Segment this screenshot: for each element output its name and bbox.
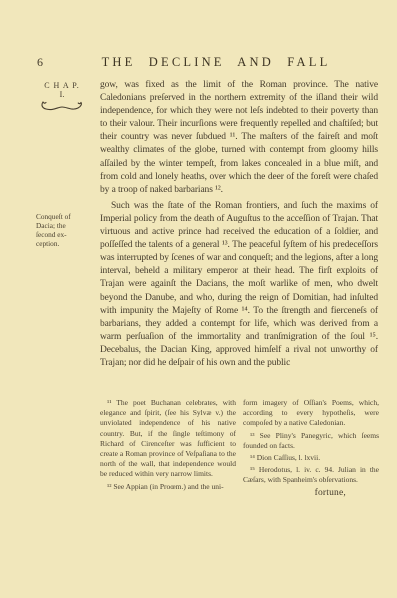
margin-side-note: Conqueſt of Dacia; the ſecond ex- ceptio… [36,212,96,248]
page-number: 6 [37,55,44,70]
footnotes-section: ¹¹ The poet Buchanan celebrates, with el… [100,398,380,498]
footnote-column-right: form imagery of Oſſian's Poems, which, a… [243,398,379,498]
chapter-swash-icon [40,100,84,112]
chapter-numeral: I. [37,90,87,99]
chapter-heading: C H A P. I. [37,81,87,112]
chapter-label: C H A P. [44,81,80,90]
catchword: fortune, [243,488,379,498]
book-page: 6 THE DECLINE AND FALL C H A P. I. Conqu… [0,0,397,598]
footnote: ¹² See Appian (in Proœm.) and the uni- [100,482,236,492]
footnote: ¹⁴ Dion Caſſius, l. lxvii. [243,453,379,463]
footnote-column-left: ¹¹ The poet Buchanan celebrates, with el… [100,398,236,498]
body-paragraph: gow, was fixed as the limit of the Roman… [100,79,378,197]
footnote-continuation: form imagery of Oſſian's Poems, which, a… [243,398,379,429]
main-text-column: gow, was fixed as the limit of the Roman… [100,79,378,370]
footnote: ¹¹ The poet Buchanan celebrates, with el… [100,398,236,480]
body-paragraph: Such was the ſtate of the Roman frontier… [100,200,378,370]
footnote: ¹⁵ Herodotus, l. iv. c. 94. Julian in th… [243,465,379,485]
footnote: ¹³ See Pliny's Panegyric, which ſeems fo… [243,431,379,451]
running-title: THE DECLINE AND FALL [60,55,372,70]
